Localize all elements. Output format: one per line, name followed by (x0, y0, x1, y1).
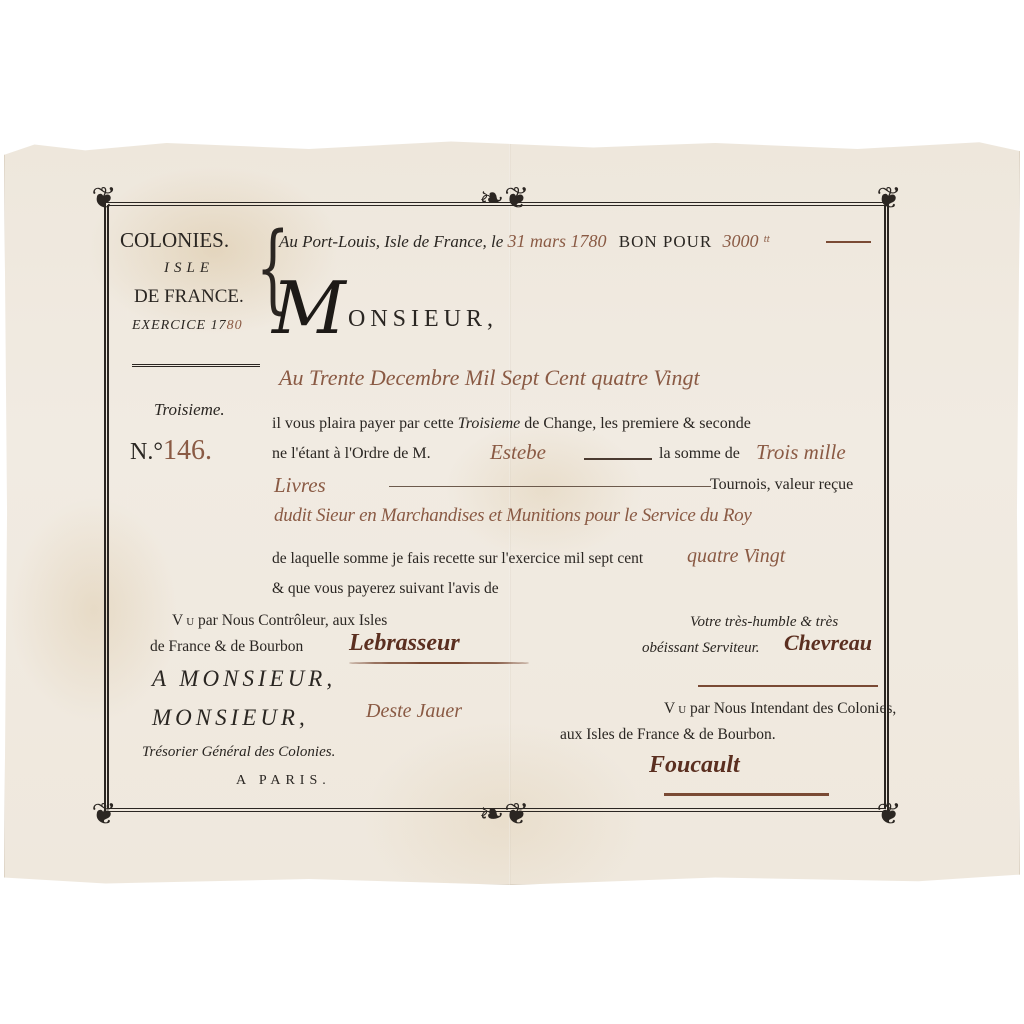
scroll-ornament-icon: ❦ (874, 184, 904, 214)
addressee-line-3: Trésorier Général des Colonies. (142, 744, 335, 761)
year-handwritten: quatre Vingt (687, 545, 785, 568)
body-text: ne l'étant à l'Ordre de M. (272, 445, 431, 462)
body-line-2: ne l'étant à l'Ordre de M. (272, 445, 431, 463)
issuer-signature: Chevreau (784, 630, 872, 656)
exercise-year-handwritten: 80 (227, 318, 243, 333)
signature-flourish (664, 793, 829, 796)
amount-handwritten: 3000 ᵗᵗ (723, 231, 770, 251)
scroll-ornament-icon: ❦ (874, 800, 904, 830)
bon-pour-label: BON POUR (619, 232, 713, 251)
left-box-rule (132, 364, 260, 367)
vu-initial: V (664, 700, 675, 717)
treasurer-name-handwritten: Deste Jauer (366, 700, 462, 723)
scroll-ornament-icon: ❧❦ (479, 184, 519, 214)
controller-line-2: de France & de Bourbon (150, 638, 303, 656)
intendant-line-1: VU par Nous Intendant des Colonies, (664, 700, 896, 718)
fill-line (389, 486, 711, 487)
exercise-printed: EXERCICE 17 (132, 318, 227, 333)
body-line-5: de laquelle somme je fais recette sur l'… (272, 550, 643, 568)
livres-handwritten: Livres (274, 473, 326, 498)
payee-handwritten: Estebe (490, 440, 546, 465)
isle-label: ISLE (164, 260, 214, 277)
vu-small: U (186, 616, 194, 628)
number-prefix: N.° (130, 439, 163, 465)
addressee-line-2: MONSIEUR, (152, 705, 309, 731)
signature-flourish (349, 662, 529, 664)
body-text: il vous plaira payer par cette (272, 415, 454, 432)
controller-signature: Lebrasseur (349, 630, 460, 657)
exercise-label: EXERCICE 1780 (132, 318, 243, 334)
place-date-line: Au Port-Louis, Isle de France, le 31 mar… (279, 231, 769, 252)
scroll-ornament-icon: ❦ (89, 184, 119, 214)
closing-line-1: Votre très-humble & très (690, 614, 838, 631)
payee-line (584, 458, 652, 460)
scroll-ornament-icon: ❦ (89, 800, 119, 830)
vu-small: U (678, 704, 686, 716)
copy-label: Troisieme. (154, 400, 225, 420)
scroll-ornament-icon: ❧❦ (479, 800, 519, 830)
value-handwritten: dudit Sieur en Marchandises et Munitions… (274, 505, 751, 527)
intendant-line-2: aux Isles de France & de Bourbon. (560, 726, 776, 744)
date-handwritten: 31 mars 1780 (508, 231, 607, 251)
body-line-6: & que vous payerez suivant l'avis de (272, 580, 499, 598)
document-paper: ❦ ❦ ❦ ❦ ❧❦ ❧❦ COLONIES. ISLE DE FRANCE. … (4, 140, 1020, 885)
place-text: Au Port-Louis, Isle de France, le (279, 232, 503, 251)
signature-flourish (698, 685, 878, 687)
body-text: de Change, les premiere & seconde (524, 415, 751, 432)
salutation-initial: M (272, 272, 346, 344)
intendant-text: par Nous Intendant des Colonies, (690, 700, 896, 717)
intendant-signature: Foucault (649, 752, 740, 779)
maturity-date-handwritten: Au Trente Decembre Mil Sept Cent quatre … (279, 365, 700, 391)
salutation-rest: ONSIEUR, (348, 306, 498, 333)
sum-label: la somme de (659, 445, 740, 463)
colonies-title: COLONIES. (120, 228, 229, 253)
tournois-text: Tournois, valeur reçue (710, 476, 853, 494)
vu-initial: V (172, 612, 183, 629)
amount-underline (826, 241, 871, 243)
addressee-line-1: A MONSIEUR, (152, 666, 336, 692)
body-text-italic: Troisieme (458, 415, 521, 432)
controller-line-1: VU par Nous Contrôleur, aux Isles (172, 612, 387, 630)
de-france-label: DE FRANCE. (134, 286, 244, 308)
closing-line-2: obéissant Serviteur. (642, 640, 760, 657)
number-handwritten: 146. (163, 435, 212, 466)
bill-number: N.°146. (130, 435, 212, 467)
addressee-line-4: A PARIS. (236, 773, 331, 789)
controller-text: par Nous Contrôleur, aux Isles (198, 612, 387, 629)
body-line-1: il vous plaira payer par cette Troisieme… (272, 415, 751, 433)
sum-handwritten: Trois mille (756, 440, 846, 465)
